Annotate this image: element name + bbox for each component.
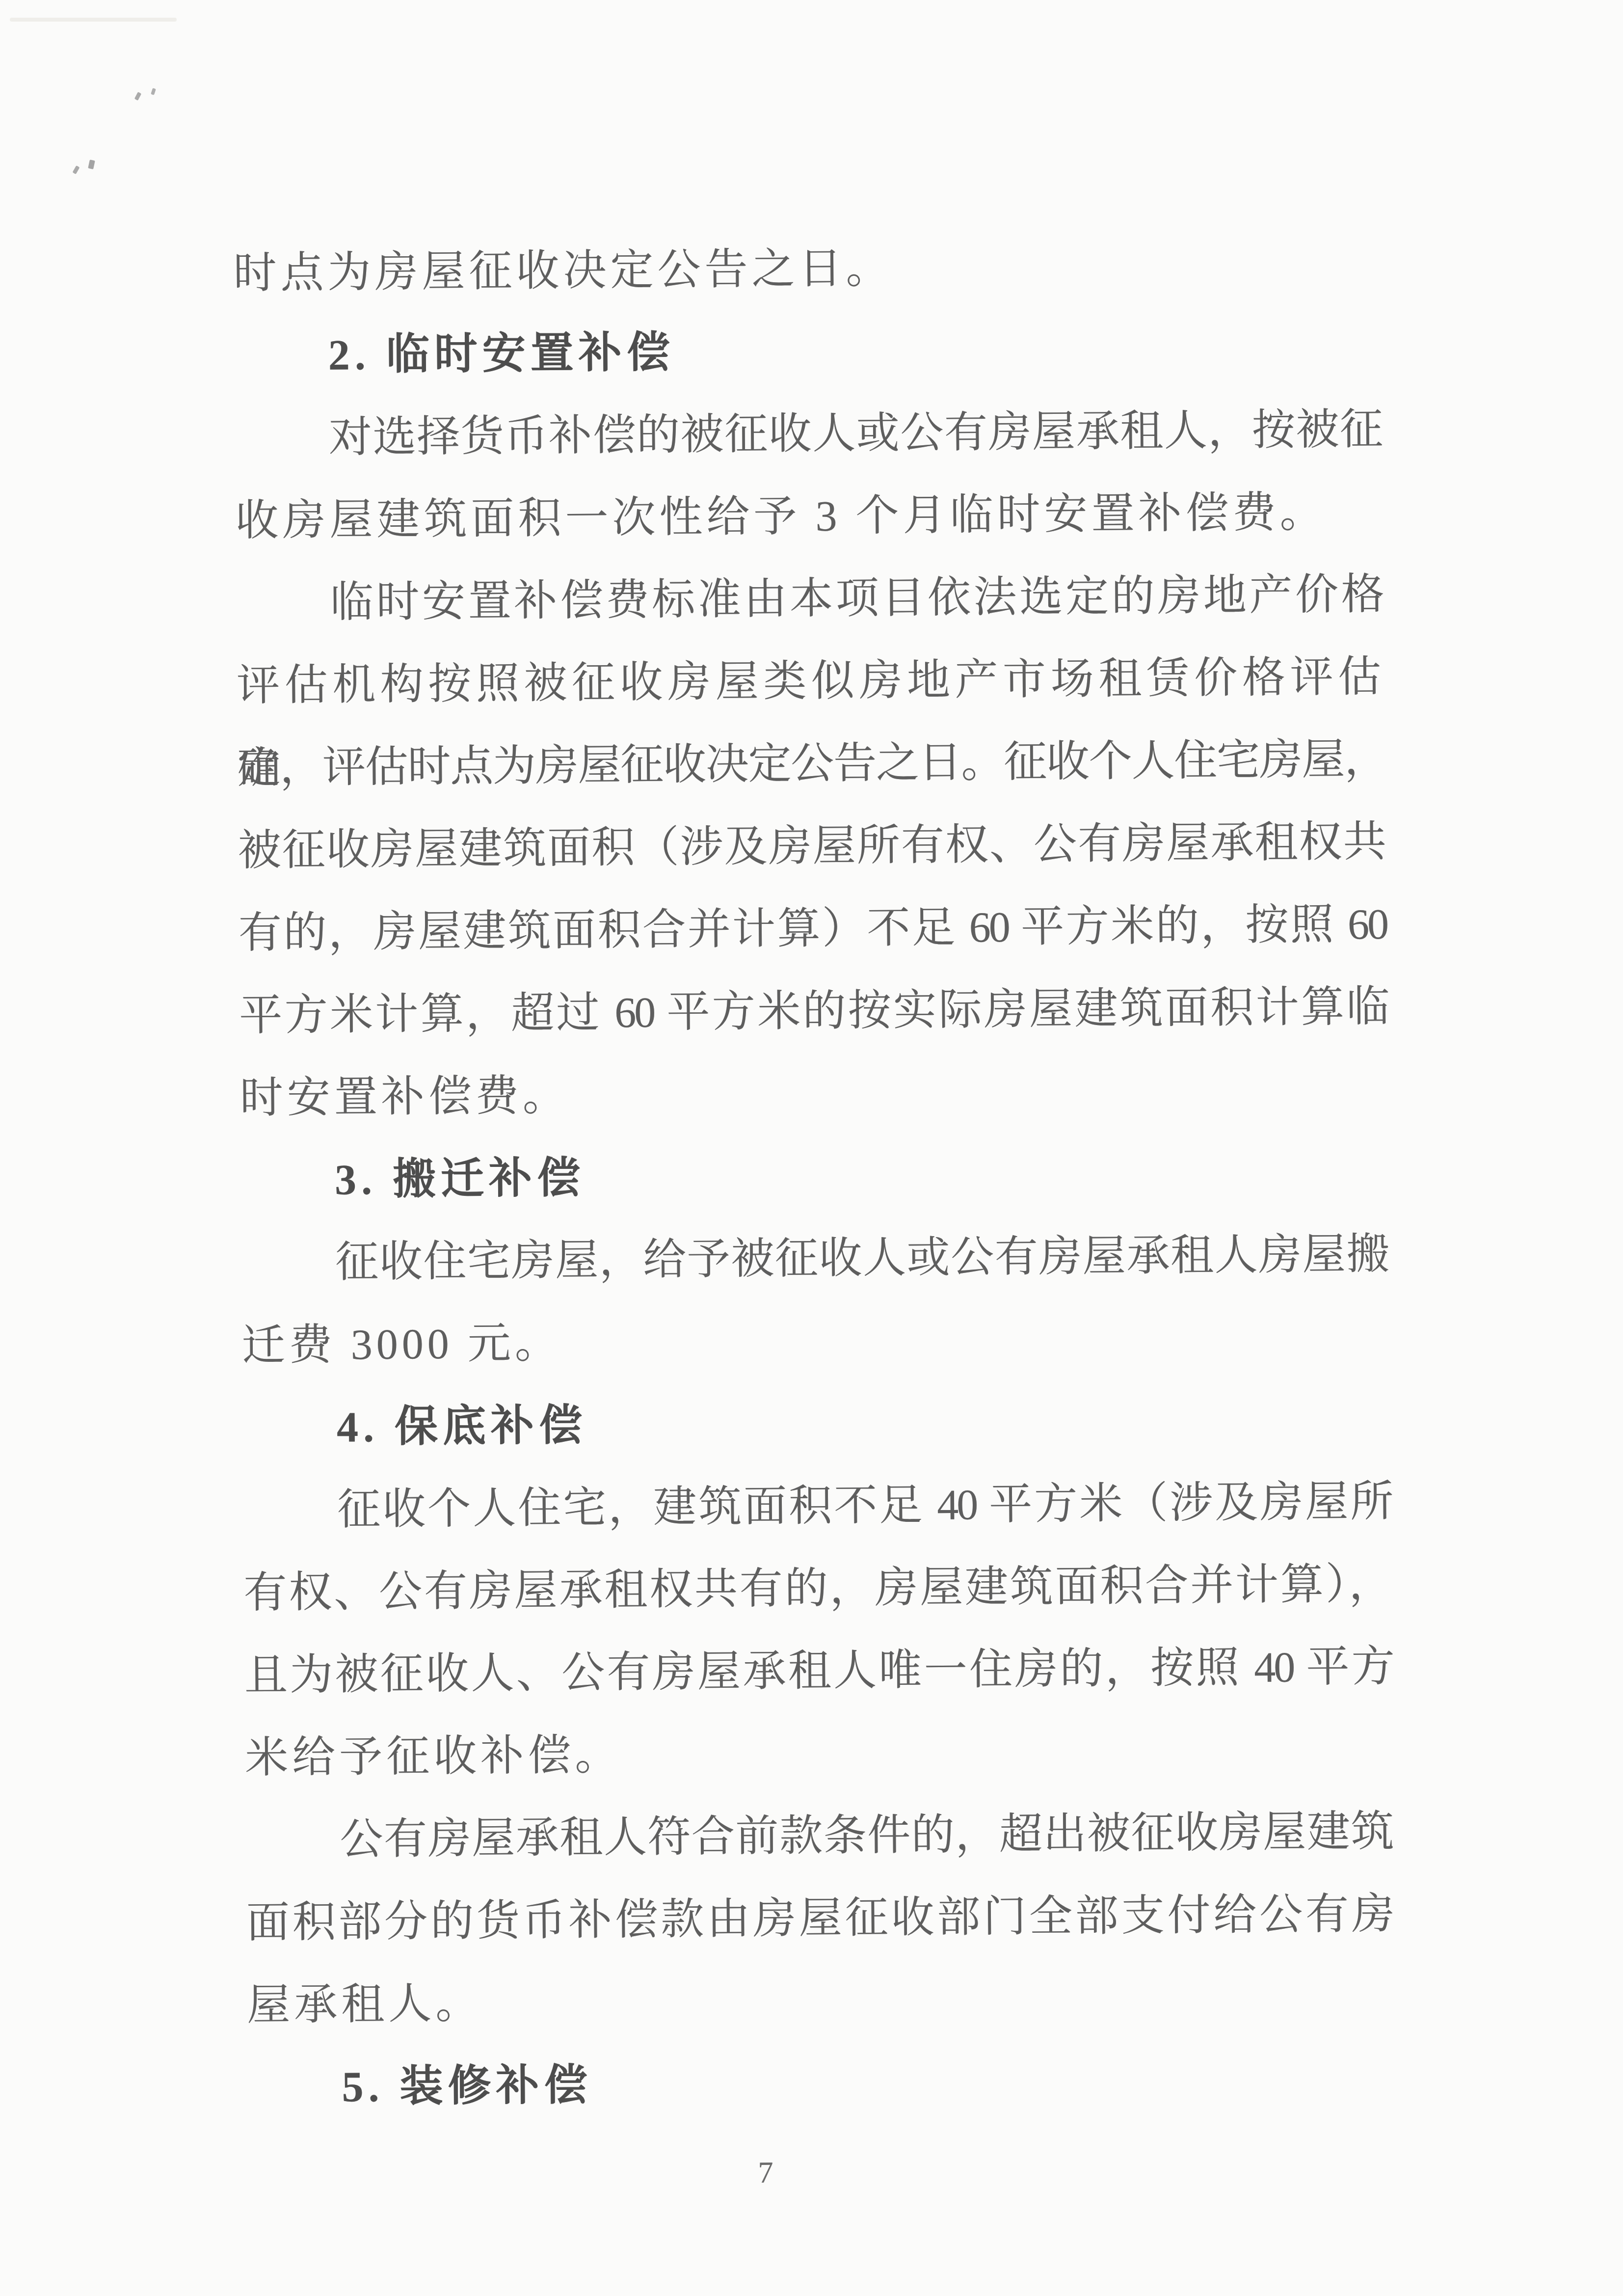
- text-line: 被征收房屋建筑面积（涉及房屋所有权、公有房屋承租权共: [238, 801, 1386, 892]
- text-line: 时安置补偿费。: [239, 1049, 1388, 1140]
- page-number: 7: [736, 2158, 795, 2188]
- text-line: 定，评估时点为房屋征收决定公告之日。征收个人住宅房屋，: [237, 719, 1386, 810]
- heading-5-renovation-compensation: 5. 装修补偿: [247, 2038, 1396, 2130]
- text-line: 征收住宅房屋，给予被征收人或公有房屋承租人房屋搬: [241, 1214, 1390, 1305]
- text-line: 有权、公有房屋承租权共有的，房屋建筑面积合并计算），: [243, 1543, 1392, 1635]
- heading-2-temporary-placement-compensation: 2. 临时安置补偿: [234, 306, 1383, 398]
- text-line: 屋承租人。: [247, 1956, 1396, 2047]
- text-line: 且为被征收人、公有房屋承租人唯一住房的，按照 40 平方: [244, 1626, 1393, 1717]
- text-line: 评估机构按照被征收房屋类似房地产市场租赁价格评估确: [236, 636, 1385, 728]
- scan-speckle: [151, 88, 156, 95]
- text-line: 米给予征收补偿。: [245, 1708, 1394, 1800]
- text-line: 平方米计算，超过 60 平方米的按实际房屋建筑面积计算临: [239, 966, 1388, 1057]
- document-page: 时点为房屋征收决定公告之日。 2. 临时安置补偿 对选择货币补偿的被征收人或公有…: [0, 0, 1623, 2296]
- text-line: 收房屋建筑面积一次性给予 3 个月临时安置补偿费。: [235, 471, 1384, 563]
- text-line: 征收个人住宅，建筑面积不足 40 平方米（涉及房屋所: [243, 1461, 1392, 1552]
- heading-4-minimum-compensation: 4. 保底补偿: [242, 1378, 1391, 1470]
- text-line: 面积部分的货币补偿款由房屋征收部门全部支付给公有房: [246, 1873, 1395, 1965]
- scan-speckle: [134, 92, 142, 101]
- text-line: 迁费 3000 元。: [241, 1296, 1390, 1387]
- scan-smudge: [10, 18, 177, 22]
- scan-speckle: [88, 160, 95, 169]
- document-text: 时点为房屋征收决定公告之日。 2. 临时安置补偿 对选择货币补偿的被征收人或公有…: [233, 224, 1396, 2130]
- text-line: 时点为房屋征收决定公告之日。: [233, 224, 1382, 315]
- text-line: 有的，房屋建筑面积合并计算）不足 60 平方米的，按照 60: [238, 884, 1387, 975]
- text-line: 临时安置补偿费标准由本项目依法选定的房地产价格: [236, 554, 1384, 645]
- text-line: 公有房屋承租人符合前款条件的，超出被征收房屋建筑: [245, 1791, 1394, 1882]
- text-line: 对选择货币补偿的被征收人或公有房屋承租人，按被征: [235, 389, 1384, 480]
- heading-3-relocation-compensation: 3. 搬迁补偿: [240, 1131, 1389, 1222]
- scan-speckle: [73, 165, 80, 174]
